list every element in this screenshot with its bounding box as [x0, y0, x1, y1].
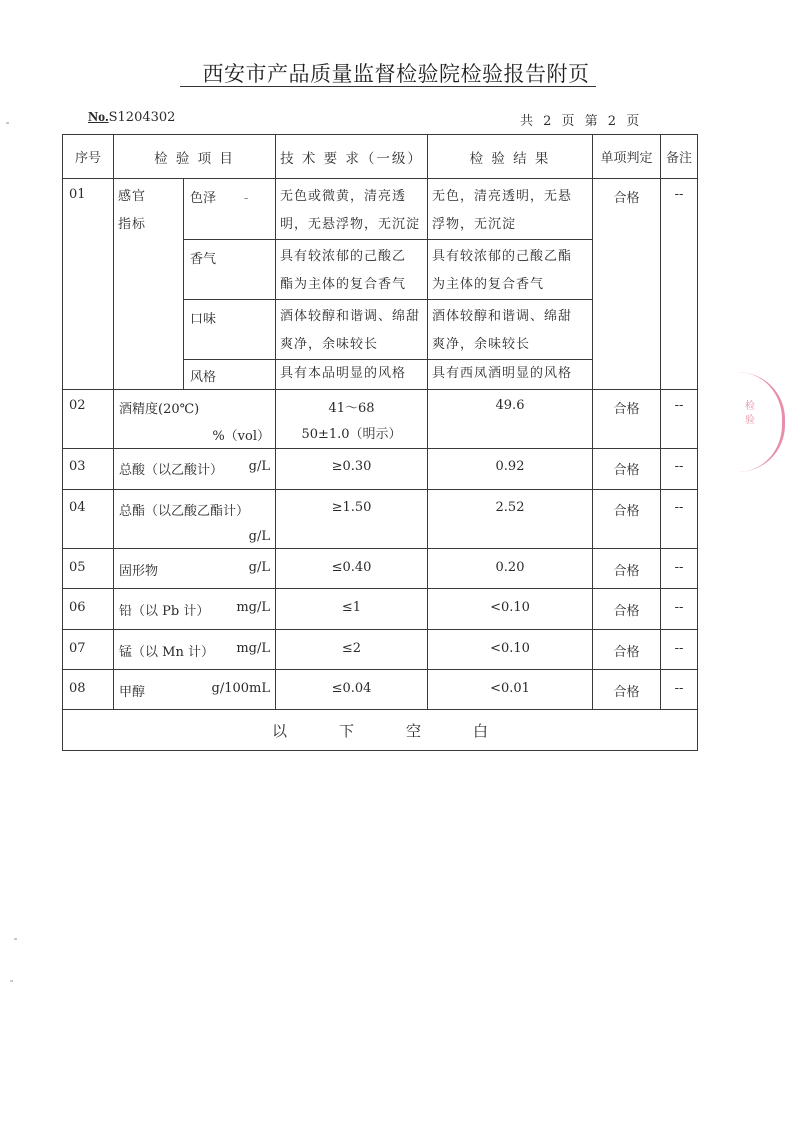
scan-speck: [10, 980, 13, 982]
item-unit: mg/L: [236, 641, 270, 660]
scan-speck: [6, 122, 9, 124]
verdict-cell: 合格: [593, 630, 661, 670]
remark-cell: --: [661, 630, 698, 670]
table-row: 01 感官 指标 色泽- 无色或微黄，清亮透 明，无悬浮物，无沉淀 无色，清亮透…: [63, 179, 698, 240]
requirement-line: 50±1.0（明示）: [276, 422, 427, 448]
item-unit: g/L: [249, 560, 270, 579]
row-item: 总酯（以乙酸乙酯计） g/L: [114, 490, 276, 549]
requirement-cell: 41～68 50±1.0（明示）: [276, 390, 428, 449]
remark-cell: --: [661, 589, 698, 630]
requirement-cell: 无色或微黄，清亮透 明，无悬浮物，无沉淀: [276, 179, 428, 240]
result-line: 为主体的复合香气: [432, 271, 588, 299]
requirement-cell: ≥0.30: [276, 449, 428, 490]
col-header-verdict: 单项判定: [593, 135, 661, 179]
table-row: 05 固形物g/L ≤0.40 0.20 合格 --: [63, 549, 698, 589]
sub-item: 风格: [184, 360, 276, 390]
report-title: 西安市产品质量监督检验院检验报告附页: [186, 58, 606, 88]
result-cell: 酒体较醇和谐调、绵甜 爽净，余味较长: [428, 300, 593, 360]
result-line: 爽净，余味较长: [432, 331, 588, 359]
row-no: 06: [63, 589, 114, 630]
seal-partial-text: 检验: [745, 400, 759, 428]
row-item: 感官 指标: [114, 179, 184, 390]
verdict-cell: 合格: [593, 490, 661, 549]
sub-item: 口味: [184, 300, 276, 360]
requirement-cell: ≥1.50: [276, 490, 428, 549]
result-cell: 具有较浓郁的己酸乙酯 为主体的复合香气: [428, 240, 593, 300]
title-underline: [180, 86, 596, 87]
remark-cell: --: [661, 670, 698, 710]
inspection-table: 序号 检 验 项 目 技 术 要 求（一级） 检 验 结 果 单项判定 备注 0…: [62, 134, 698, 751]
item-unit: g/100mL: [212, 681, 270, 700]
verdict-cell: 合格: [593, 390, 661, 449]
report-no-value: S1204302: [109, 110, 176, 125]
result-line: 具有较浓郁的己酸乙酯: [432, 243, 588, 271]
stray-mark: -: [244, 191, 248, 206]
remark-cell: --: [661, 549, 698, 589]
row-no: 05: [63, 549, 114, 589]
item-unit: g/L: [249, 459, 270, 478]
blank-below-note: 以下空白: [63, 710, 698, 751]
col-header-item: 检 验 项 目: [114, 135, 276, 179]
remark-cell: --: [661, 179, 698, 390]
result-cell: <0.10: [428, 630, 593, 670]
report-number: No.S1204302: [88, 110, 175, 126]
remark-cell: --: [661, 490, 698, 549]
row-no: 02: [63, 390, 114, 449]
requirement-cell: 具有较浓郁的己酸乙 酯为主体的复合香气: [276, 240, 428, 300]
requirement-cell: ≤0.40: [276, 549, 428, 589]
row-item: 总酸（以乙酸计）g/L: [114, 449, 276, 490]
verdict-cell: 合格: [593, 179, 661, 390]
blank-note-char: 以: [272, 720, 287, 741]
table-row: 06 铅（以 Pb 计）mg/L ≤1 <0.10 合格 --: [63, 589, 698, 630]
result-cell: 具有西凤酒明显的风格: [428, 360, 593, 390]
col-header-requirement: 技 术 要 求（一级）: [276, 135, 428, 179]
row-no: 03: [63, 449, 114, 490]
item-label: 总酯（以乙酸乙酯计）: [119, 500, 270, 519]
requirement-line: 无色或微黄，清亮透: [280, 183, 423, 211]
requirement-line: 41～68: [276, 396, 427, 422]
requirement-cell: ≤2: [276, 630, 428, 670]
item-label: 酒精度(20℃): [119, 398, 270, 417]
result-cell: <0.10: [428, 589, 593, 630]
result-line: 无色，清亮透明，无悬: [432, 183, 588, 211]
blank-below-row: 以下空白: [63, 710, 698, 751]
row-item: 固形物g/L: [114, 549, 276, 589]
row-no: 04: [63, 490, 114, 549]
row-no: 07: [63, 630, 114, 670]
table-row: 03 总酸（以乙酸计）g/L ≥0.30 0.92 合格 --: [63, 449, 698, 490]
sub-item: 色泽-: [184, 179, 276, 240]
sub-item-label: 色泽: [190, 191, 216, 206]
table-row: 04 总酯（以乙酸乙酯计） g/L ≥1.50 2.52 合格 --: [63, 490, 698, 549]
item-label: 总酸（以乙酸计）: [119, 459, 223, 478]
result-cell: <0.01: [428, 670, 593, 710]
blank-note-char: 下: [339, 720, 354, 741]
verdict-cell: 合格: [593, 549, 661, 589]
requirement-cell: ≤0.04: [276, 670, 428, 710]
row-item: 甲醇g/100mL: [114, 670, 276, 710]
table-row: 02 酒精度(20℃) %（vol） 41～68 50±1.0（明示） 49.6…: [63, 390, 698, 449]
remark-cell: --: [661, 390, 698, 449]
item-unit: g/L: [119, 529, 270, 544]
result-line: 浮物，无沉淀: [432, 211, 588, 239]
item-label: 甲醇: [119, 681, 145, 700]
requirement-line: 酯为主体的复合香气: [280, 271, 423, 299]
table-row: 07 锰（以 Mn 计）mg/L ≤2 <0.10 合格 --: [63, 630, 698, 670]
row-item: 铅（以 Pb 计）mg/L: [114, 589, 276, 630]
requirement-line: 酒体较醇和谐调、绵甜: [280, 303, 423, 331]
item-line: 感官: [118, 183, 179, 211]
requirement-cell: 具有本品明显的风格: [276, 360, 428, 390]
item-unit: %（vol）: [119, 425, 270, 444]
item-label: 铅（以 Pb 计）: [119, 600, 209, 619]
result-cell: 0.92: [428, 449, 593, 490]
requirement-cell: ≤1: [276, 589, 428, 630]
verdict-cell: 合格: [593, 589, 661, 630]
col-header-remark: 备注: [661, 135, 698, 179]
row-no: 01: [63, 179, 114, 390]
sub-item: 香气: [184, 240, 276, 300]
item-line: 指标: [118, 211, 179, 239]
row-item: 锰（以 Mn 计）mg/L: [114, 630, 276, 670]
result-cell: 2.52: [428, 490, 593, 549]
requirement-line: 具有较浓郁的己酸乙: [280, 243, 423, 271]
col-header-result: 检 验 结 果: [428, 135, 593, 179]
blank-note-char: 白: [473, 720, 488, 741]
requirement-cell: 酒体较醇和谐调、绵甜 爽净，余味较长: [276, 300, 428, 360]
col-header-no: 序号: [63, 135, 114, 179]
result-cell: 49.6: [428, 390, 593, 449]
blank-note-char: 空: [406, 720, 421, 741]
requirement-line: 明，无悬浮物，无沉淀: [280, 211, 423, 239]
item-unit: mg/L: [236, 600, 270, 619]
result-cell: 无色，清亮透明，无悬 浮物，无沉淀: [428, 179, 593, 240]
remark-cell: --: [661, 449, 698, 490]
report-no-label: No.: [88, 110, 109, 125]
table-header-row: 序号 检 验 项 目 技 术 要 求（一级） 检 验 结 果 单项判定 备注: [63, 135, 698, 179]
verdict-cell: 合格: [593, 449, 661, 490]
scan-speck: [14, 938, 17, 940]
item-label: 固形物: [119, 560, 158, 579]
row-no: 08: [63, 670, 114, 710]
item-label: 锰（以 Mn 计）: [119, 641, 214, 660]
verdict-cell: 合格: [593, 670, 661, 710]
requirement-line: 爽净，余味较长: [280, 331, 423, 359]
page-count: 共 2 页 第 2 页: [520, 110, 639, 129]
result-cell: 0.20: [428, 549, 593, 589]
result-line: 酒体较醇和谐调、绵甜: [432, 303, 588, 331]
table-row: 08 甲醇g/100mL ≤0.04 <0.01 合格 --: [63, 670, 698, 710]
row-item: 酒精度(20℃) %（vol）: [114, 390, 276, 449]
